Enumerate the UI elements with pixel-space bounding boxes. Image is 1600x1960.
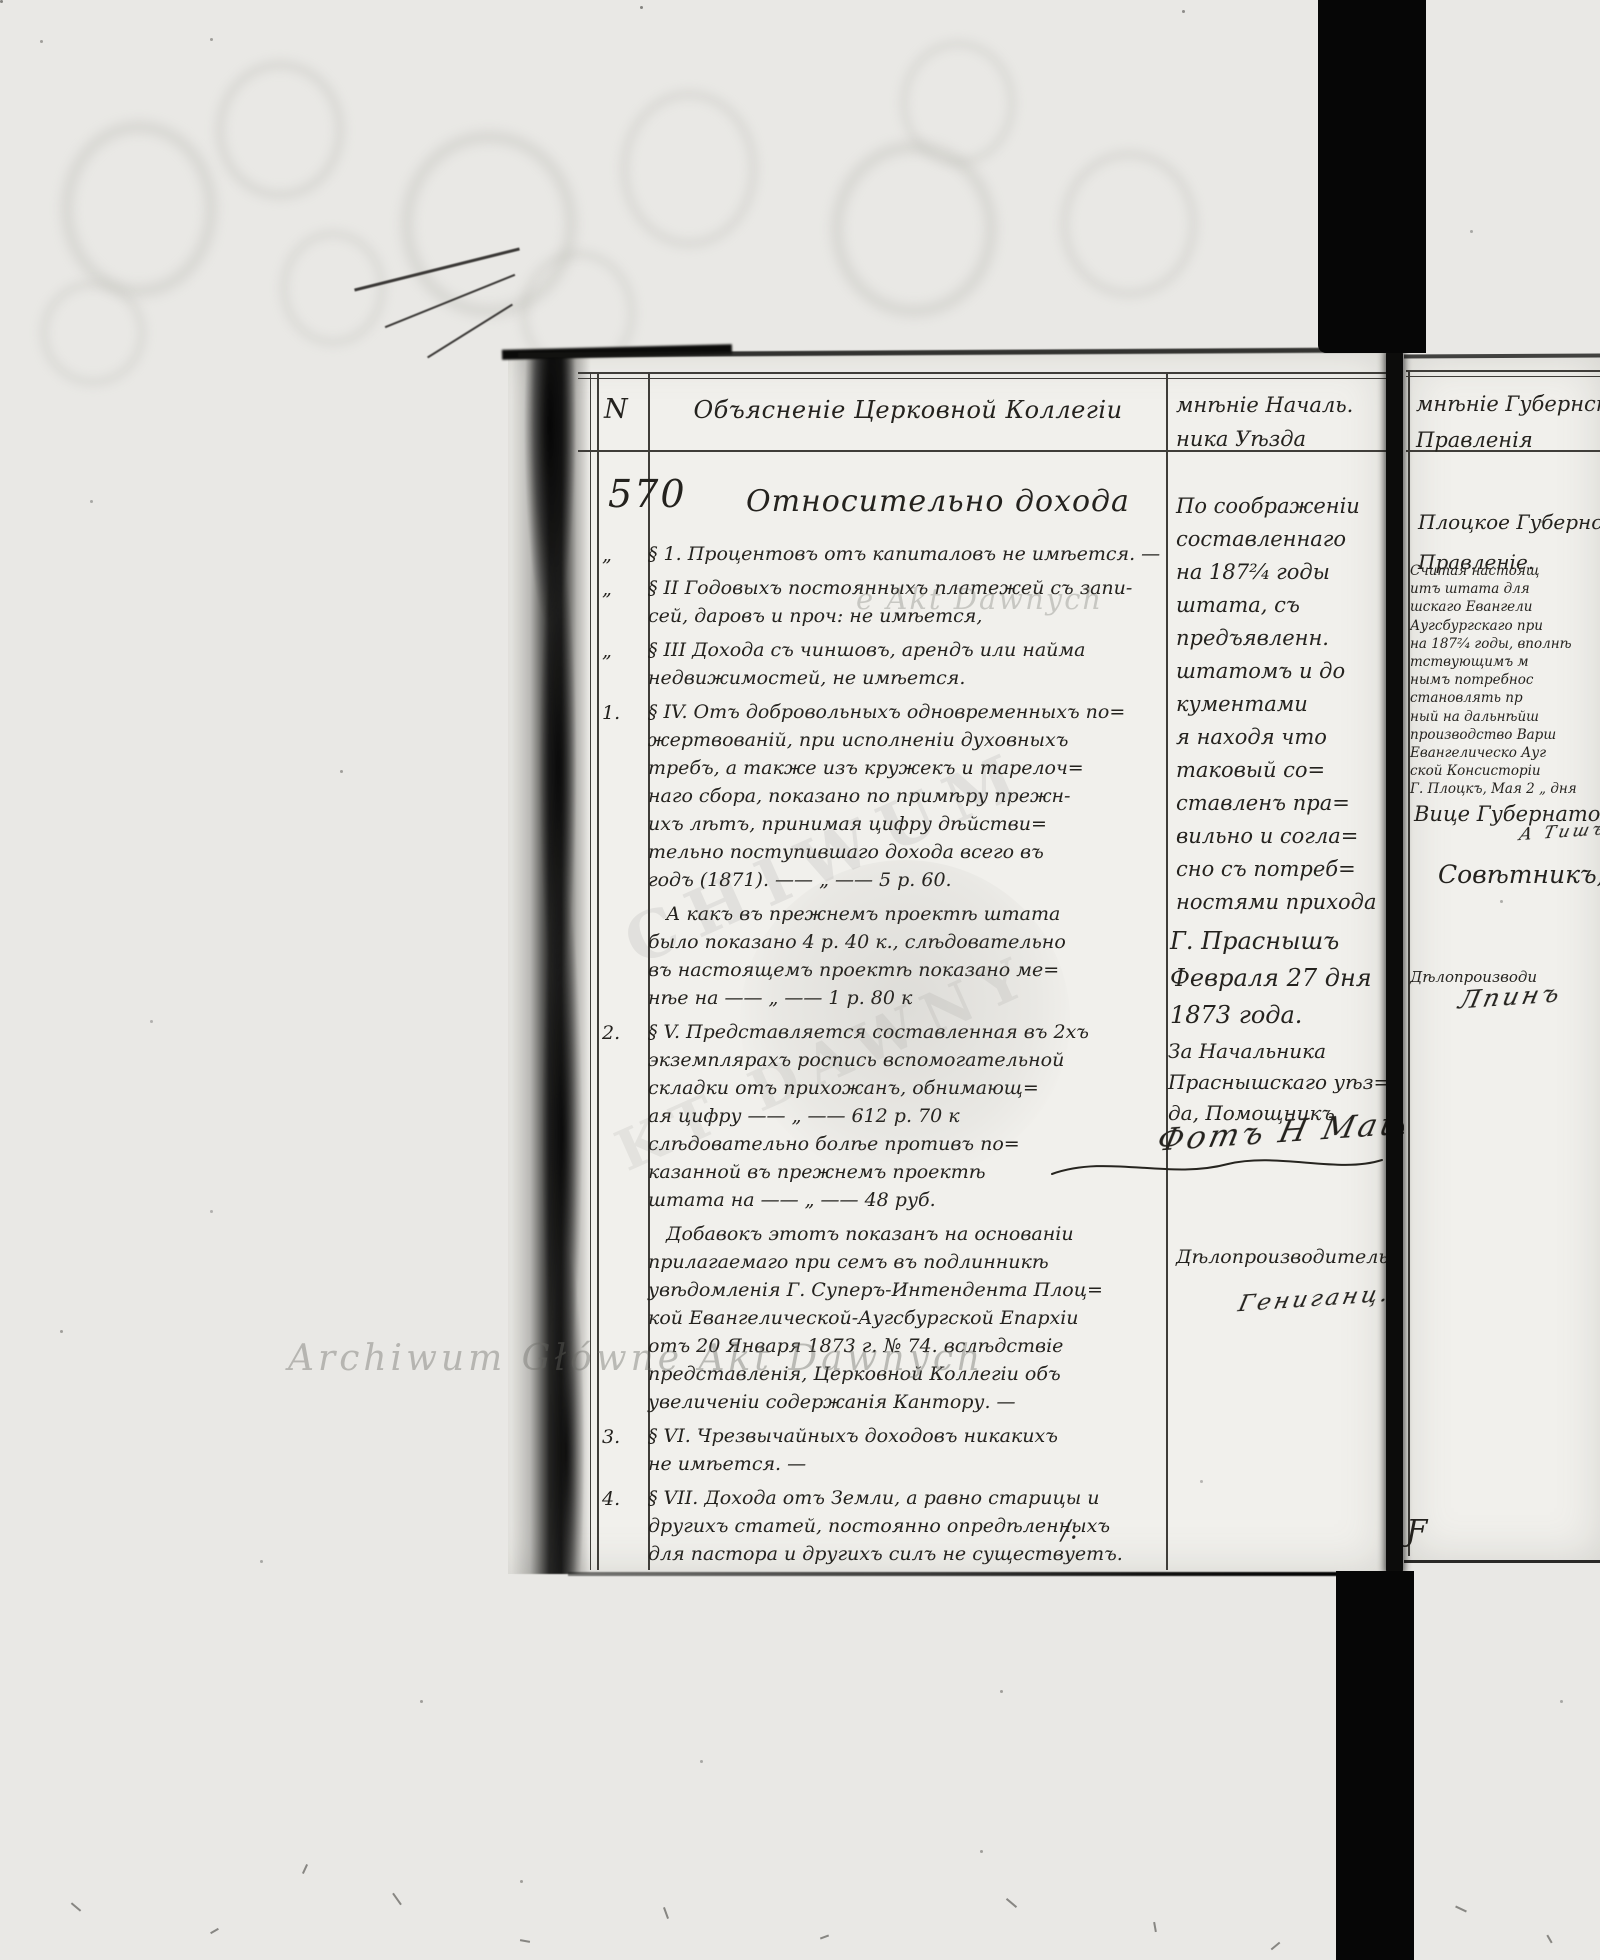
- text-line: производство Варш: [1410, 726, 1577, 744]
- text-line: тствующимъ м: [1410, 653, 1577, 671]
- text-line: таковый со=: [1176, 754, 1376, 787]
- province-opinion-statement: Считая настоящитъ штата дляшскаго Еванге…: [1410, 562, 1577, 799]
- text-line: вильно и согла=: [1176, 820, 1376, 853]
- paragraph-number: „: [602, 575, 612, 603]
- text-line: требъ, а также изъ кружекъ и тарелоч=: [648, 754, 1148, 782]
- dust-mark: [1006, 1898, 1017, 1908]
- folio-mark: Ƒ: [1406, 1514, 1427, 1549]
- text-line: Считая настоящ: [1410, 562, 1577, 580]
- text-line: жертвованій, при исполненіи духовныхъ: [648, 726, 1148, 754]
- dust-mark: [820, 1935, 829, 1940]
- explanation-column: „§ 1. Процентовъ отъ капиталовъ не имѣет…: [648, 540, 1148, 1574]
- text-line: ный на дальнѣйш: [1410, 708, 1577, 726]
- text-line: отъ 20 Января 1873 г. № 74. вслѣдствіе: [648, 1332, 1148, 1360]
- text-line: наго сбора, показано по примѣру прежн-: [648, 782, 1148, 810]
- film-bar-bottom: [1336, 1571, 1414, 1960]
- text-line: § V. Представляется составленная въ 2хъ: [648, 1018, 1148, 1046]
- dust-mark: [1153, 1922, 1157, 1932]
- text-line: кой Евангелической-Аугсбургской Епархіи: [648, 1304, 1148, 1332]
- dust-specks: [0, 0, 3, 3]
- text-line: Г. Плоцкъ, Мая 2 „ дня: [1410, 780, 1577, 798]
- text-line: на 187²⁄₄ годы: [1176, 556, 1376, 589]
- text-line: § III Дохода съ чиншовъ, арендъ или найм…: [648, 636, 1148, 664]
- dust-mark: [71, 1902, 81, 1911]
- background-pattern-swirl: [40, 280, 146, 386]
- dust-mark: [1271, 1942, 1281, 1951]
- text-line: Евангелическо Ауг: [1410, 744, 1577, 762]
- text-line: ностями прихода: [1176, 886, 1376, 919]
- text-line: предъявленн.: [1176, 622, 1376, 655]
- explanation-paragraph: 1.§ IV. Отъ добровольныхъ одновременныхъ…: [648, 698, 1148, 894]
- text-line: § 1. Процентовъ отъ капиталовъ не имѣетс…: [648, 540, 1148, 568]
- table-border-left-outer: [590, 372, 591, 1570]
- text-line: прилагаемаго при семъ въ подлинникѣ: [648, 1248, 1148, 1276]
- text-line: я находя что: [1176, 721, 1376, 754]
- explanation-paragraph: Добавокъ этотъ показанъ на основаніиприл…: [648, 1220, 1148, 1416]
- background-pattern-swirl: [830, 140, 998, 318]
- paragraph-number: „: [602, 541, 612, 569]
- dust-mark: [1546, 1935, 1552, 1944]
- text-line: экземплярахъ роспись вспомогательной: [648, 1046, 1148, 1074]
- text-line: нымъ потребнос: [1410, 671, 1577, 689]
- dust-mark: [663, 1907, 669, 1919]
- text-line: мнѣніе Губернска: [1416, 386, 1600, 422]
- text-line: штата на —— „ —— 48 руб.: [648, 1186, 1148, 1214]
- text-line: было показано 4 р. 40 к., слѣдовательно: [648, 928, 1148, 956]
- film-bar-top: [1318, 0, 1426, 353]
- text-line: Аугсбургскаго при: [1410, 617, 1577, 635]
- text-line: увѣдомленія Г. Суперъ-Интендента Плоц=: [648, 1276, 1148, 1304]
- background-pattern-swirl: [1060, 150, 1198, 298]
- column-header-explanation: Объясненіе Церковной Коллегіи: [658, 396, 1158, 424]
- clerk-signature: Гениганц.: [1236, 1281, 1394, 1317]
- paragraph-number: 3.: [602, 1423, 620, 1451]
- paragraph-number: 2.: [602, 1019, 620, 1047]
- explanation-paragraph: „§ II Годовыхъ постоянныхъ платежей съ з…: [648, 574, 1148, 630]
- number-column-left-border: [597, 372, 599, 1570]
- document-page-right: мнѣніе ГубернскаПравленія Плоцкое Губерн…: [1404, 356, 1600, 1562]
- page-gap: [1386, 350, 1403, 1574]
- district-opinion-statement: По соображеніисоставленнагона 187²⁄₄ год…: [1176, 490, 1376, 919]
- text-line: Праснышскаго уѣз=: [1168, 1067, 1390, 1098]
- signature-flourish: [1048, 1150, 1388, 1186]
- explanation-paragraph: „§ 1. Процентовъ отъ капиталовъ не имѣет…: [648, 540, 1148, 568]
- explanation-paragraph: А какъ въ прежнемъ проектѣ штатабыло пок…: [648, 900, 1148, 1012]
- text-line: итъ штата для: [1410, 580, 1577, 598]
- background-pattern-swirl: [60, 120, 218, 298]
- text-line: ника Уѣзда: [1176, 422, 1386, 456]
- text-line: Правленія: [1416, 422, 1600, 458]
- column-header-number: N: [604, 394, 628, 425]
- table-border-top: [578, 372, 1388, 374]
- text-line: складки отъ прихожанъ, обнимающ=: [648, 1074, 1148, 1102]
- text-line: нѣе на —— „ —— 1 р. 80 к: [648, 984, 1148, 1012]
- archival-scan: N Объясненіе Церковной Коллегіи мнѣніе Н…: [0, 0, 1600, 1960]
- text-line: представленія, Церковной Коллегіи объ: [648, 1360, 1148, 1388]
- text-line: § VII. Дохода отъ Земли, а равно старицы…: [648, 1484, 1148, 1512]
- text-line: ихъ лѣтъ, принимая цифру дѣйстви=: [648, 810, 1148, 838]
- text-line: шскаго Евангели: [1410, 598, 1577, 616]
- explanation-paragraph: 3.§ VI. Чрезвычайныхъ доходовъ никакихън…: [648, 1422, 1148, 1478]
- text-line: Февраля 27 дня: [1170, 960, 1372, 997]
- text-line: штатомъ и до: [1176, 655, 1376, 688]
- table-border-top: [1406, 370, 1600, 372]
- text-line: Г. Праснышъ: [1170, 923, 1372, 960]
- background-pattern-swirl: [620, 90, 758, 248]
- text-line: на 187²⁄₄ годы, вполнѣ: [1410, 635, 1577, 653]
- table-border-top-inner: [1406, 376, 1600, 377]
- paragraph-number: 4.: [602, 1485, 620, 1513]
- text-line: § II Годовыхъ постоянныхъ платежей съ за…: [648, 574, 1148, 602]
- text-line: кументами: [1176, 688, 1376, 721]
- clerk-title: Дѣлопроизводитель: [1176, 1246, 1389, 1268]
- text-line: не имѣется. —: [648, 1450, 1148, 1478]
- dust-mark: [302, 1864, 308, 1874]
- page-bottom-edge: [1404, 1560, 1600, 1563]
- district-opinion-place-date: Г. ПраснышъФевраля 27 дня1873 года.: [1170, 923, 1372, 1034]
- text-line: За Начальника: [1168, 1036, 1390, 1067]
- text-line: составленнаго: [1176, 523, 1376, 556]
- entry-title: Относительно дохода: [746, 484, 1130, 519]
- background-pattern-swirl: [900, 40, 1016, 166]
- text-line: По соображеніи: [1176, 490, 1376, 523]
- text-line: ая цифру —— „ —— 612 р. 70 к: [648, 1102, 1148, 1130]
- clerk-signature: Лпинъ: [1456, 979, 1565, 1015]
- text-line: А какъ въ прежнемъ проектѣ штата: [648, 900, 1148, 928]
- text-line: сно съ потреб=: [1176, 853, 1376, 886]
- dust-mark: [520, 1939, 530, 1943]
- dust-mark: [392, 1893, 402, 1906]
- text-line: мнѣніе Началь.: [1176, 388, 1386, 422]
- entry-number: 570: [608, 472, 687, 516]
- text-line: Добавокъ этотъ показанъ на основаніи: [648, 1220, 1148, 1248]
- page-top-edge: [1404, 353, 1600, 358]
- column-divider: [1166, 372, 1168, 1570]
- table-border-left: [1408, 370, 1410, 1556]
- dust-mark: [210, 1928, 219, 1934]
- binding-edge: [508, 352, 594, 1574]
- background-pattern-swirl: [215, 60, 345, 200]
- text-line: недвижимостей, не имѣется.: [648, 664, 1148, 692]
- text-line: становлять пр: [1410, 689, 1577, 707]
- advisor-title: Совѣтникъ,: [1438, 860, 1600, 889]
- background-pattern-swirl: [280, 230, 386, 346]
- text-line: годъ (1871). —— „ —— 5 р. 60.: [648, 866, 1148, 894]
- text-line: Плоцкое Губернск: [1418, 502, 1600, 542]
- text-line: § IV. Отъ добровольныхъ одновременныхъ п…: [648, 698, 1148, 726]
- table-border-top-inner: [578, 378, 1388, 379]
- document-page-left: N Объясненіе Церковной Коллегіи мнѣніе Н…: [508, 352, 1388, 1574]
- paragraph-number: 1.: [602, 699, 620, 727]
- text-line: въ настоящемъ проектѣ показано ме=: [648, 956, 1148, 984]
- column-header-district-opinion: мнѣніе Началь.ника Уѣзда: [1176, 388, 1386, 456]
- text-line: штата, съ: [1176, 589, 1376, 622]
- text-line: сей, даровъ и проч: не имѣется,: [648, 602, 1148, 630]
- text-line: увеличеніи содержанія Кантору. —: [648, 1388, 1148, 1416]
- column-header-province-opinion: мнѣніе ГубернскаПравленія: [1416, 386, 1600, 458]
- text-line: ской Консисторіи: [1410, 762, 1577, 780]
- dust-mark: [1455, 1906, 1467, 1913]
- text-line: тельно поступившаго дохода всего въ: [648, 838, 1148, 866]
- text-line: ставленъ пра=: [1176, 787, 1376, 820]
- text-line: 1873 года.: [1170, 997, 1372, 1034]
- explanation-paragraph: „§ III Дохода съ чиншовъ, арендъ или най…: [648, 636, 1148, 692]
- paragraph-number: „: [602, 637, 612, 665]
- text-line: § VI. Чрезвычайныхъ доходовъ никакихъ: [648, 1422, 1148, 1450]
